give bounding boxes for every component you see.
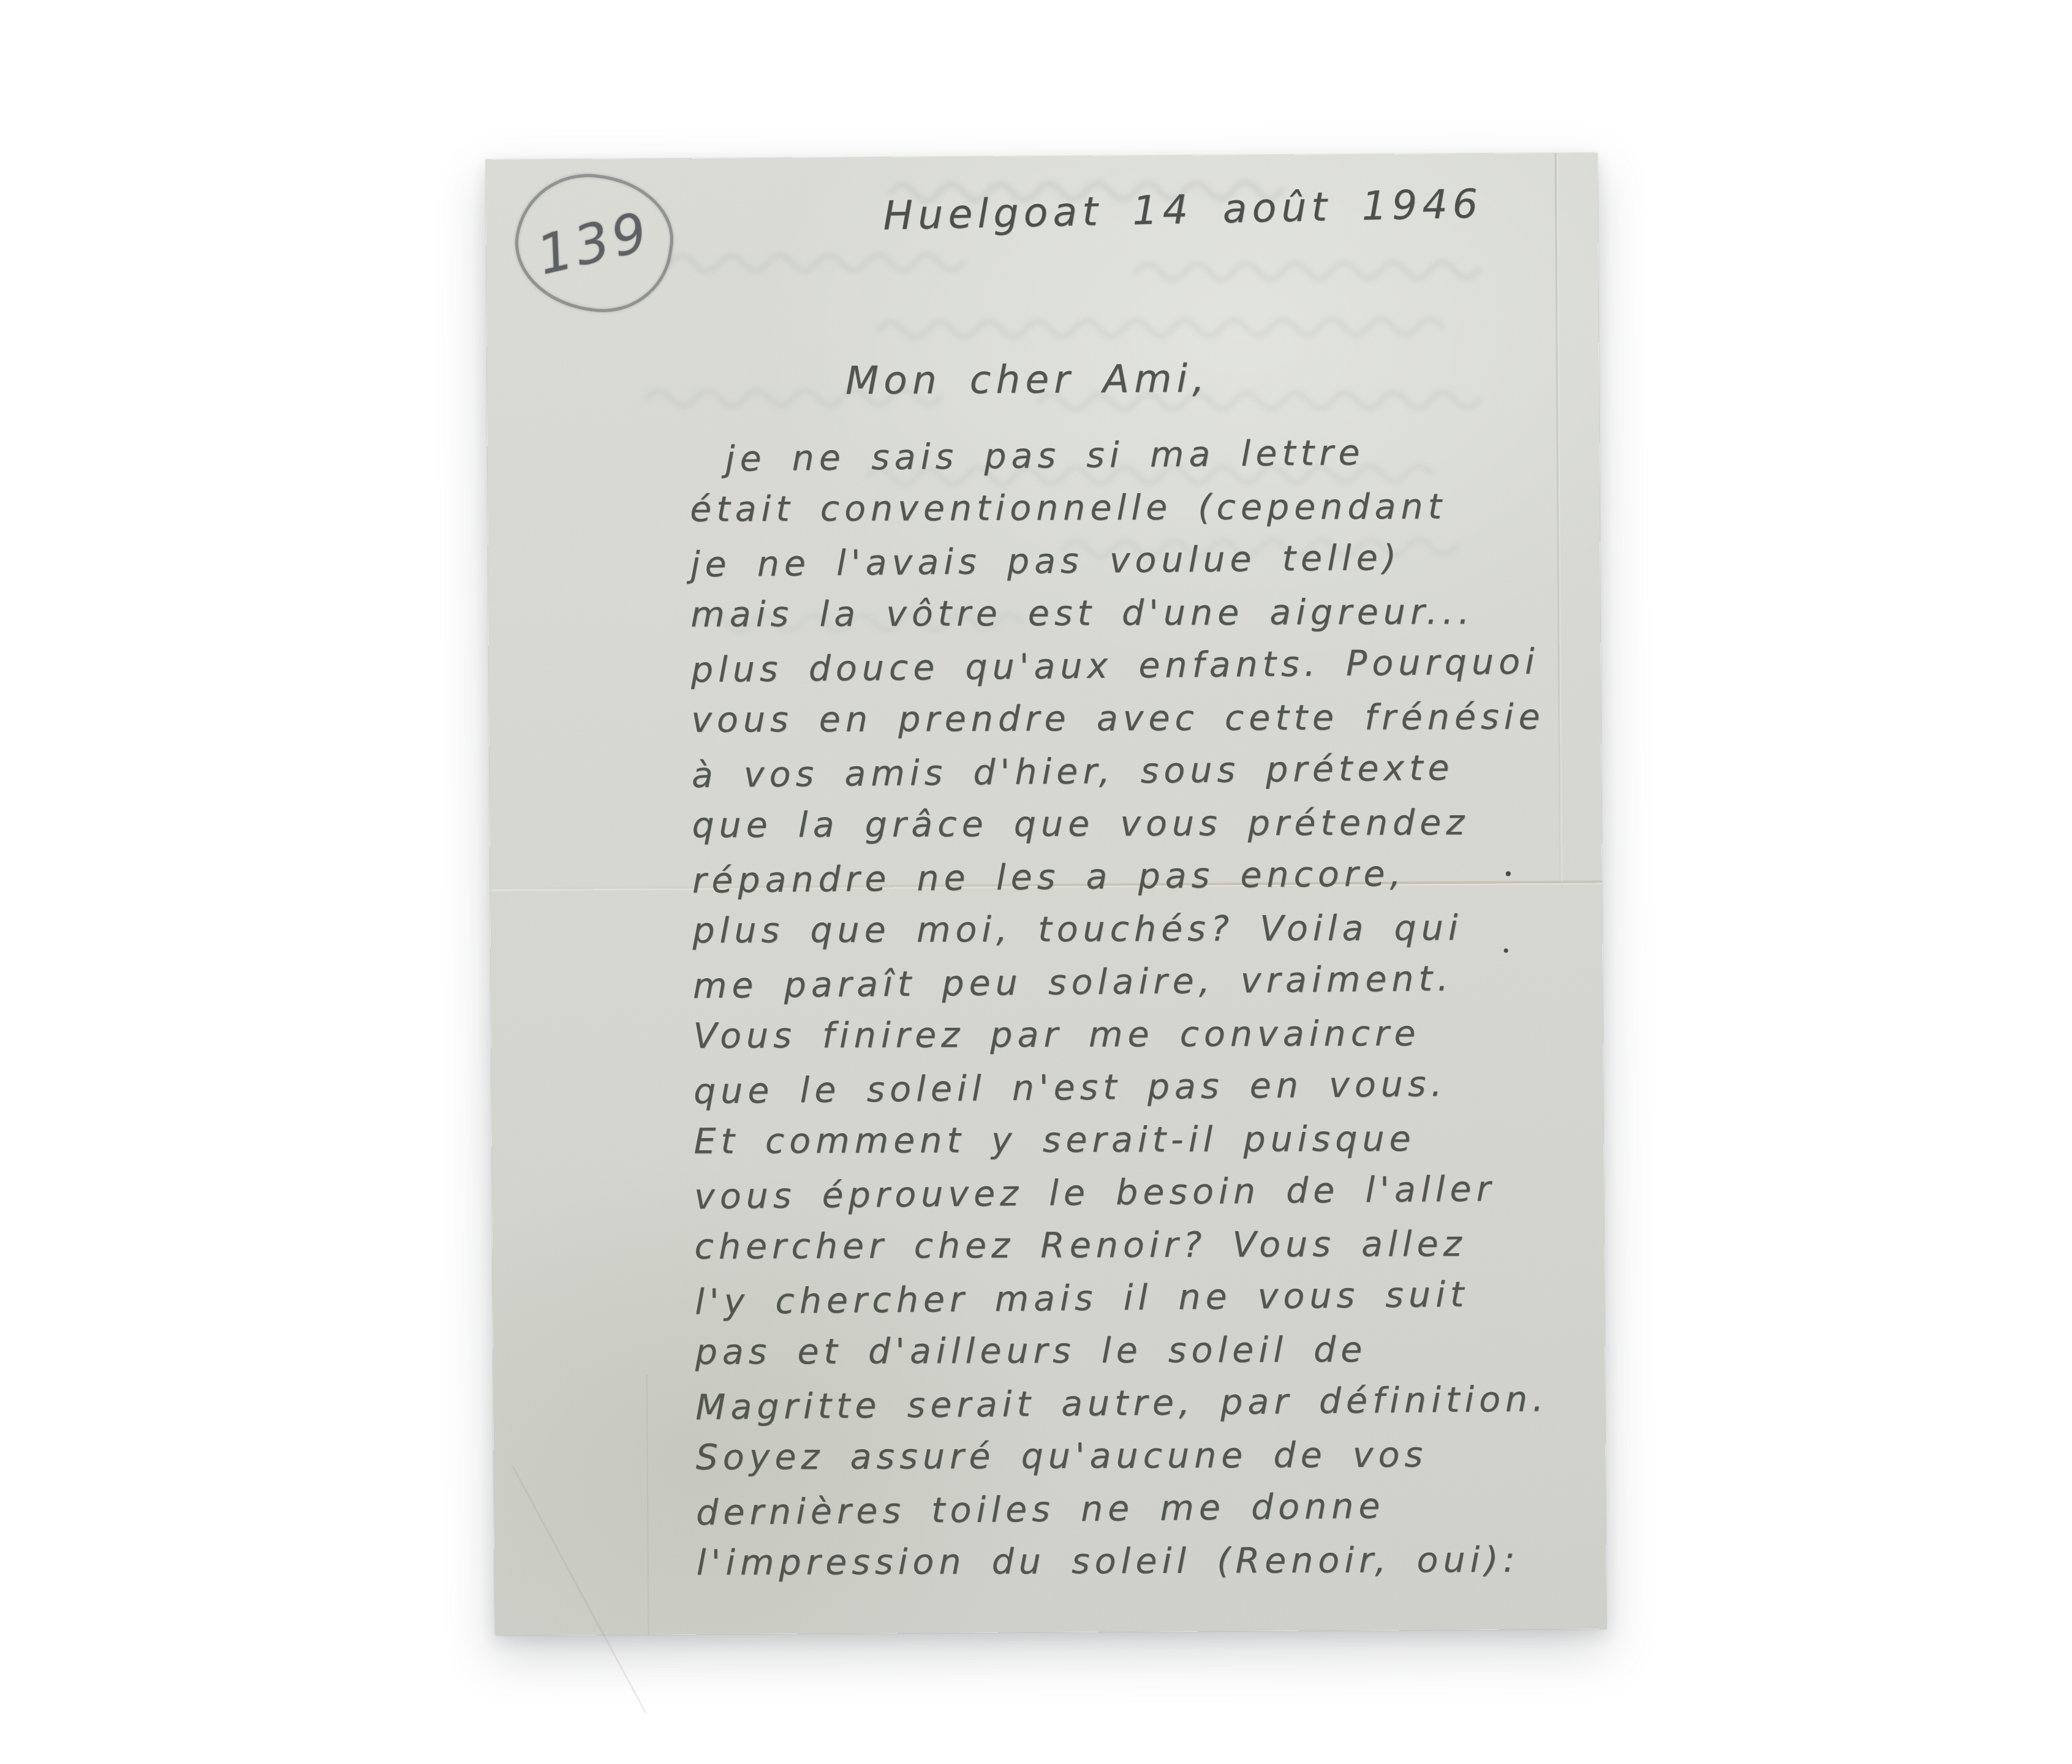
letter-line: répandre ne les a pas encore,	[692, 846, 1546, 907]
letter-line: Et comment y serait-il puisque	[694, 1112, 1548, 1168]
letter-line: plus que moi, touchés? Voila qui	[692, 902, 1546, 957]
letter-line: pas et d'ailleurs le soleil de	[695, 1323, 1549, 1379]
letter-line: me paraît peu solaire, vraiment.	[692, 951, 1546, 1012]
letter-line: l'y chercher mais il ne vous suit	[695, 1267, 1549, 1329]
letter-line: était conventionnelle (cependant	[690, 480, 1544, 536]
letter-line: je ne sais pas si ma lettre	[689, 424, 1543, 486]
letter-line: Soyez assuré qu'aucune de vos	[695, 1428, 1549, 1484]
lower-left-crease	[646, 1374, 649, 1635]
letter-line: je ne l'avais pas voulue telle)	[690, 530, 1544, 591]
letter-line: que la grâce que vous prétendez	[692, 796, 1546, 852]
letter-line: mais la vôtre est d'une aigreur...	[690, 586, 1545, 641]
letter-line: que le soleil n'est pas en vous.	[694, 1057, 1548, 1118]
letter-line: Vous finirez par me convaincre	[693, 1007, 1547, 1063]
letter-photograph: 139 Huelgoat 14 août 1946 Mon cher Ami, …	[0, 0, 2072, 1764]
corner-crease	[511, 1464, 646, 1713]
letter-dateline: Huelgoat 14 août 1946	[883, 181, 1483, 239]
letter-paper: 139 Huelgoat 14 août 1946 Mon cher Ami, …	[486, 153, 1607, 1635]
letter-salutation: Mon cher Ami,	[845, 356, 1210, 403]
letter-body: je ne sais pas si ma lettre était conven…	[689, 426, 1550, 1590]
letter-line: vous éprouvez le besoin de l'aller	[694, 1162, 1548, 1223]
circled-page-number-annotation: 139	[506, 164, 681, 322]
letter-line: plus douce qu'aux enfants. Pourquoi	[690, 635, 1545, 696]
letter-line: vous en prendre avec cette frénésie	[691, 691, 1545, 747]
page-number: 139	[531, 199, 657, 287]
letter-line: Magritte serait autre, par définition.	[695, 1373, 1549, 1434]
letter-line: chercher chez Renoir? Vous allez	[694, 1218, 1548, 1273]
letter-line: dernières toiles ne me donne	[696, 1478, 1550, 1539]
vertical-fold-crease	[1555, 153, 1561, 882]
letter-line: l'impression du soleil (Renoir, oui):	[697, 1534, 1551, 1589]
letter-line: à vos amis d'hier, sous prétexte	[691, 741, 1545, 802]
